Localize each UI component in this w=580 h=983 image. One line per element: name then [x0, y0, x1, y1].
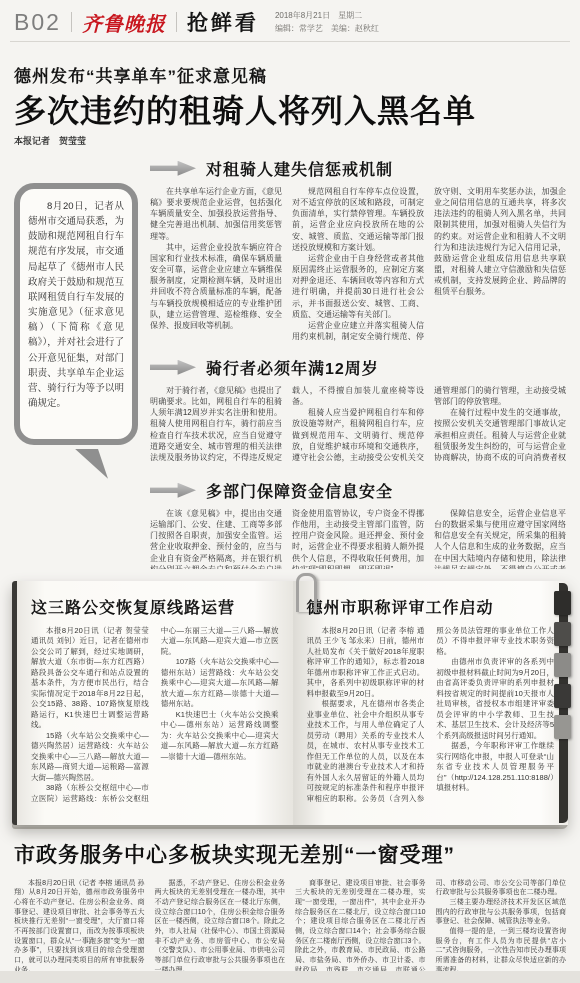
notebook-graphic: 这三路公交恢复原线路运营 本报8月20日讯（记者 贺莹莹 通讯员 刘钊）近日，记… [12, 581, 568, 825]
publication-info: 2018年8月21日 星期二 编辑：常学艺 美编：赵秋红 [275, 8, 379, 36]
publication-date: 2018年8月21日 星期二 [275, 10, 379, 23]
subsection-body: 对于骑行者，《意见稿》也提出了明确要求。比如，网租自行车的租骑人须年满12周岁并… [150, 385, 566, 469]
subsection-title: 多部门保障资金信息安全 [206, 479, 393, 502]
page-header: B02 齐鲁晚报 抢鲜看 2018年8月21日 星期二 编辑：常学艺 美编：赵秋… [0, 0, 580, 38]
intro-speech-bubble: 8月20日，记者从德州市交通局获悉，为鼓励和规范网租自行车规范有序发展，市交通局… [14, 157, 138, 569]
binder-tab-icon [554, 591, 571, 615]
paragraph: 107路（火车站公交换乘中心—德州东站）运营路线：火车站公交换乘中心—迎宾大道—… [161, 657, 279, 710]
editors-line: 编辑：常学艺 美编：赵秋红 [275, 23, 379, 36]
bottom-article-body: 本报8月20日讯（记者 李榕 通讯员 孙翔）从8月20日开始，德州市政务服务中心… [14, 879, 566, 983]
subsection-rider-age: 骑行者必须年满12周岁 对于骑行者，《意见稿》也提出了明确要求。比如，网租自行车… [150, 356, 566, 479]
article-body-bus-routes: 本报8月20日讯（记者 贺莹莹 通讯员 刘钊）近日，记者在德州市公交公司了解到，… [31, 626, 279, 811]
byline: 本报记者 贺莹莹 [14, 134, 566, 147]
subsection-body: 在该《意见稿》中，提出由交通运输部门、公安、住建、工商等多部门按照各自职责，加强… [150, 508, 566, 569]
subsection-funds-security: 多部门保障资金信息安全 在该《意见稿》中，提出由交通运输部门、公安、住建、工商等… [150, 479, 566, 569]
paragraph: 三楼主要办理经济技术开发区区域范围内的行政审批与公共服务事项，包括商事登记、社会… [436, 898, 567, 927]
binder-tab-icon [554, 715, 571, 739]
open-book: 这三路公交恢复原线路运营 本报8月20日讯（记者 贺莹莹 通讯员 刘钊）近日，记… [12, 581, 568, 825]
header-rule [10, 41, 570, 42]
speech-bubble-frame: 8月20日，记者从德州市交通局获悉，为鼓励和规范网租自行车规范有序发展，市交通局… [14, 183, 138, 445]
binder-tab-icon [554, 622, 571, 646]
page-number: B02 [14, 9, 61, 36]
header-divider [71, 12, 72, 32]
book-left-page: 这三路公交恢复原线路运营 本报8月20日讯（记者 贺莹莹 通讯员 刘钊）近日，记… [12, 581, 293, 825]
paper-clip-icon [296, 573, 317, 612]
newspaper-page: B02 齐鲁晚报 抢鲜看 2018年8月21日 星期二 编辑：常学艺 美编：赵秋… [0, 0, 580, 983]
section-name: 抢鲜看 [187, 7, 259, 37]
subsection-body: 在共享单车运行企业方面，《意见稿》要求要规范企业运营，包括强化车辆质量安全、加强… [150, 186, 566, 346]
subsection-header: 多部门保障资金信息安全 [150, 479, 566, 502]
arrow-right-icon [150, 360, 196, 375]
masthead-logo: 齐鲁晚报 [82, 8, 166, 37]
main-headline: 多次违约的租骑人将列入黑名单 [14, 93, 566, 130]
bottom-article: 市政务服务中心多板块实现无差别“一窗受理” 本报8月20日讯（记者 李榕 通讯员… [0, 839, 580, 983]
subsection-header: 骑行者必须年满12周岁 [150, 356, 566, 379]
paragraph: 本报8月20日讯（记者 贺莹莹 通讯员 刘钊）近日，记者在德州市公交公司了解到，… [31, 626, 149, 731]
paragraph: 规范网租自行车停车点位设置，对不适宜停放的区域和路段，可制定负面清单，实行禁停管… [292, 186, 424, 253]
paragraph: 运营企业由于自身经营或者其他原因需终止运营服务的，应制定方案对押金退还、车辆回收… [292, 253, 424, 320]
binder-tabs [554, 591, 571, 739]
binder-tab-icon [554, 684, 571, 708]
paragraph: 在该《意见稿》中，提出由交通运输部门、公安、住建、工商等多部门按照各自职责，加强… [150, 508, 424, 569]
article-body-title-review: 本报8月20日讯（记者 李榕 通讯员 王少飞 邹永来）日前，德州市人社局发布《关… [307, 626, 555, 811]
book-right-page: 德州市职称评审工作启动 本报8月20日讯（记者 李榕 通讯员 王少飞 邹永来）日… [293, 581, 569, 825]
arrow-right-icon [150, 483, 196, 498]
paragraph: 本报8月20日讯（记者 李榕 通讯员 孙翔）从8月20日开始，德州市政务服务中心… [14, 879, 145, 976]
subsection-title: 骑行者必须年满12周岁 [206, 356, 379, 379]
paragraph: 值得一提的是，一到三楼均设置咨询服务台，有工作人员为市民提供“店小二”式咨询服务… [436, 927, 567, 975]
footer-band [0, 971, 580, 983]
binder-tab-icon [554, 653, 571, 677]
paragraph: 由德州市负责评审的各系列中初级申报材料截止时间为9月20日，由省高评委负责评审的… [436, 657, 554, 741]
speech-bubble-tail-icon [72, 449, 108, 479]
lead-subsections: 对租骑人建失信惩戒机制 在共享单车运行企业方面，《意见稿》要求要规范企业运营，包… [150, 157, 566, 569]
paragraph: 保障信息安全，运营企业信息平台的数据采集与使用应遵守国家网络和信息安全有关规定，… [434, 508, 566, 569]
article-headline-bus-routes: 这三路公交恢复原线路运营 [31, 595, 279, 618]
arrow-right-icon [150, 161, 196, 176]
paragraph: 据悉，今年职称评审工作继续实行网络化申报，申报人可登录“山东省专业技术人员管理服… [436, 741, 554, 794]
kicker: 德州发布“共享单车”征求意见稿 [14, 62, 566, 87]
lead-article: 德州发布“共享单车”征求意见稿 多次违约的租骑人将列入黑名单 本报记者 贺莹莹 … [0, 62, 580, 569]
paragraph: 其中，运营企业投放车辆应符合国家和行业技术标准，确保车辆质量安全可靠，运营企业应… [150, 242, 282, 332]
lead-article-body: 8月20日，记者从德州市交通局获悉，为鼓励和规范网租自行车规范有序发展，市交通局… [14, 157, 566, 569]
bubble-text: 8月20日，记者从德州市交通局获悉，为鼓励和规范网租自行车规范有序发展，市交通局… [28, 199, 124, 412]
paragraph: 据悉，不动产登记、住房公积金业务两大板块的无差别受理在一楼办理，其中不动产登记综… [155, 879, 286, 976]
paragraph: 在共享单车运行企业方面，《意见稿》要求要规范企业运营，包括强化车辆质量安全、加强… [150, 186, 282, 242]
paragraph: K1快速巴士（火车站公交换乘中心—德州东站）运营路线调整为：火车站公交换乘中心—… [161, 710, 279, 763]
paragraph: 本报8月20日讯（记者 李榕 通讯员 王少飞 邹永来）日前，德州市人社局发布《关… [307, 626, 425, 700]
article-headline-title-review: 德州市职称评审工作启动 [307, 595, 555, 618]
subsection-title: 对租骑人建失信惩戒机制 [206, 157, 393, 180]
bottom-article-headline: 市政务服务中心多板块实现无差别“一窗受理” [14, 839, 566, 869]
subsection-credit-blacklist: 对租骑人建失信惩戒机制 在共享单车运行企业方面，《意见稿》要求要规范企业运营，包… [150, 157, 566, 356]
subsection-header: 对租骑人建失信惩戒机制 [150, 157, 566, 180]
paragraph: 15路（火车站公交换乘中心—德兴陶然居）运营路线：火车站公交换乘中心—三八路—解… [31, 731, 149, 784]
header-divider [176, 12, 177, 32]
